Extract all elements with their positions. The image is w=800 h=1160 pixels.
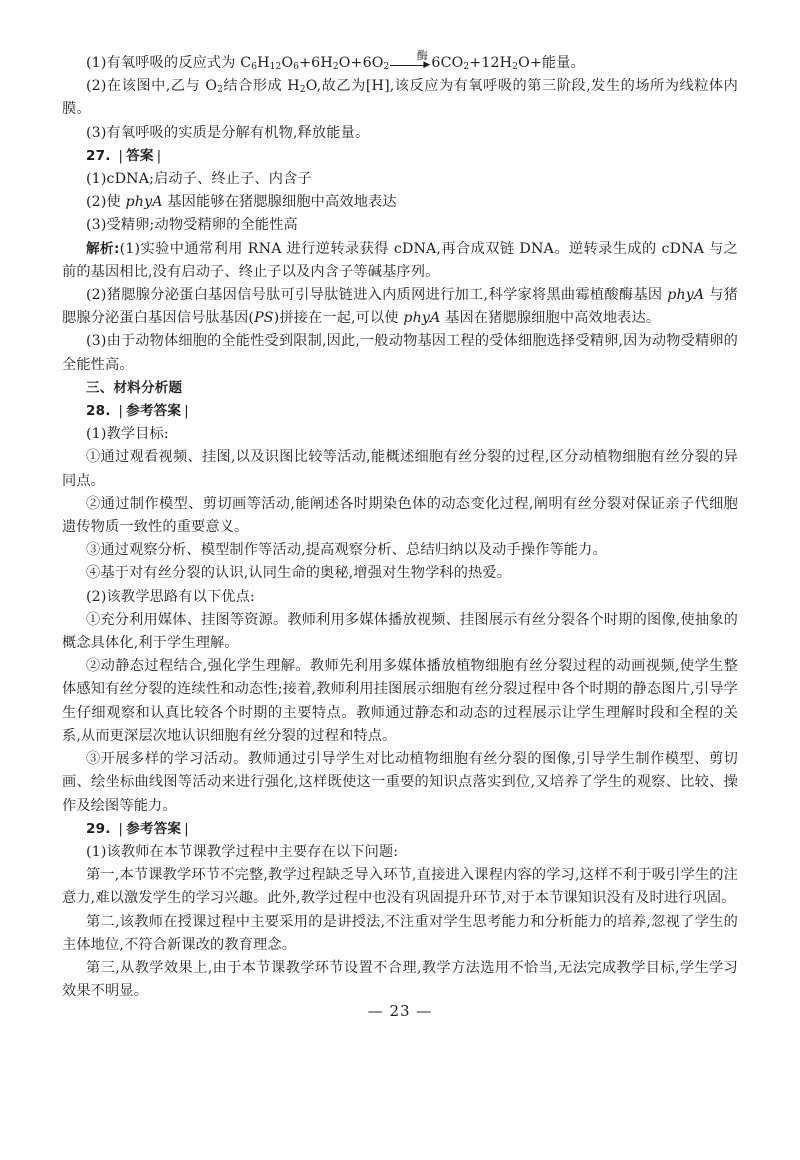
q28-heading: 28. |参考答案|	[62, 400, 738, 423]
q27-analysis-2: (2)猪腮腺分泌蛋白基因信号肽可引导肽链进入内质网进行加工,科学家将黑曲霉植酸酶…	[62, 284, 738, 330]
q28-goal-3: ③通过观察分析、模型制作等活动,提高观察分析、总结归纳以及动手操作等能力。	[62, 539, 738, 562]
q28-goal-2: ②通过制作模型、剪切画等活动,能阐述各时期染色体的动态变化过程,阐明有丝分裂对保…	[62, 493, 738, 539]
q27-answer-3: (3)受精卵;动物受精卵的全能性高	[62, 214, 738, 237]
q29-heading: 29. |参考答案|	[62, 818, 738, 841]
analysis-label: 解析:	[86, 241, 120, 257]
paragraph-item-3: (3)有氧呼吸的实质是分解有机物,释放能量。	[62, 122, 738, 145]
respiration-equation-paragraph: (1)有氧呼吸的反应式为 C6H12O6+6H2O+6O2酶▶6CO2+12H2…	[62, 52, 738, 75]
q27-analysis-1: 解析:(1)实验中通常利用 RNA 进行逆转录获得 cDNA,再合成双链 DNA…	[62, 238, 738, 284]
q29-problem-1: 第一,本节课教学环节不完整,教学过程缺乏导入环节,直接进入课程内容的学习,这样不…	[62, 864, 738, 910]
page-number: — 23 —	[0, 1002, 800, 1020]
q29-part1-title: (1)该教师在本节课教学过程中主要存在以下问题:	[62, 841, 738, 864]
q28-advantage-3: ③开展多样的学习活动。教师通过引导学生对比动植物细胞有丝分裂的图像,引导学生制作…	[62, 748, 738, 818]
q27-analysis-3: (3)由于动物体细胞的全能性受到限制,因此,一般动物基因工程的受体细胞选择受精卵…	[62, 330, 738, 376]
q29-problem-2: 第二,该教师在授课过程中主要采用的是讲授法,不注重对学生思考能力和分析能力的培养…	[62, 911, 738, 957]
q28-part2-title: (2)该教学思路有以下优点:	[62, 586, 738, 609]
q28-goal-4: ④基于对有丝分裂的认识,认同生命的奥秘,增强对生物学科的热爱。	[62, 562, 738, 585]
q27-heading: 27. |答案|	[62, 145, 738, 168]
q29-problem-3: 第三,从教学效果上,由于本节课教学环节设置不合理,教学方法选用不恰当,无法完成教…	[62, 957, 738, 1003]
reaction-arrow-icon: 酶▶	[390, 56, 430, 70]
section-title: 三、材料分析题	[62, 377, 738, 400]
paragraph-item-2: (2)在该图中,乙与 O2结合形成 H2O,故乙为[H],该反应为有氧呼吸的第三…	[62, 75, 738, 121]
q28-advantage-1: ①充分利用媒体、挂图等资源。教师利用多媒体播放视频、挂图展示有丝分裂各个时期的图…	[62, 609, 738, 655]
q28-advantage-2: ②动静态过程结合,强化学生理解。教师先利用多媒体播放植物细胞有丝分裂过程的动画视…	[62, 655, 738, 748]
q28-part1-title: (1)教学目标:	[62, 423, 738, 446]
document-page: (1)有氧呼吸的反应式为 C6H12O6+6H2O+6O2酶▶6CO2+12H2…	[62, 52, 738, 1003]
q28-goal-1: ①通过观看视频、挂图,以及识图比较等活动,能概述细胞有丝分裂的过程,区分动植物细…	[62, 446, 738, 492]
q27-answer-1: (1)cDNA;启动子、终止子、内含子	[62, 168, 738, 191]
q27-answer-2: (2)使 phyA 基因能够在猪腮腺细胞中高效地表达	[62, 191, 738, 214]
